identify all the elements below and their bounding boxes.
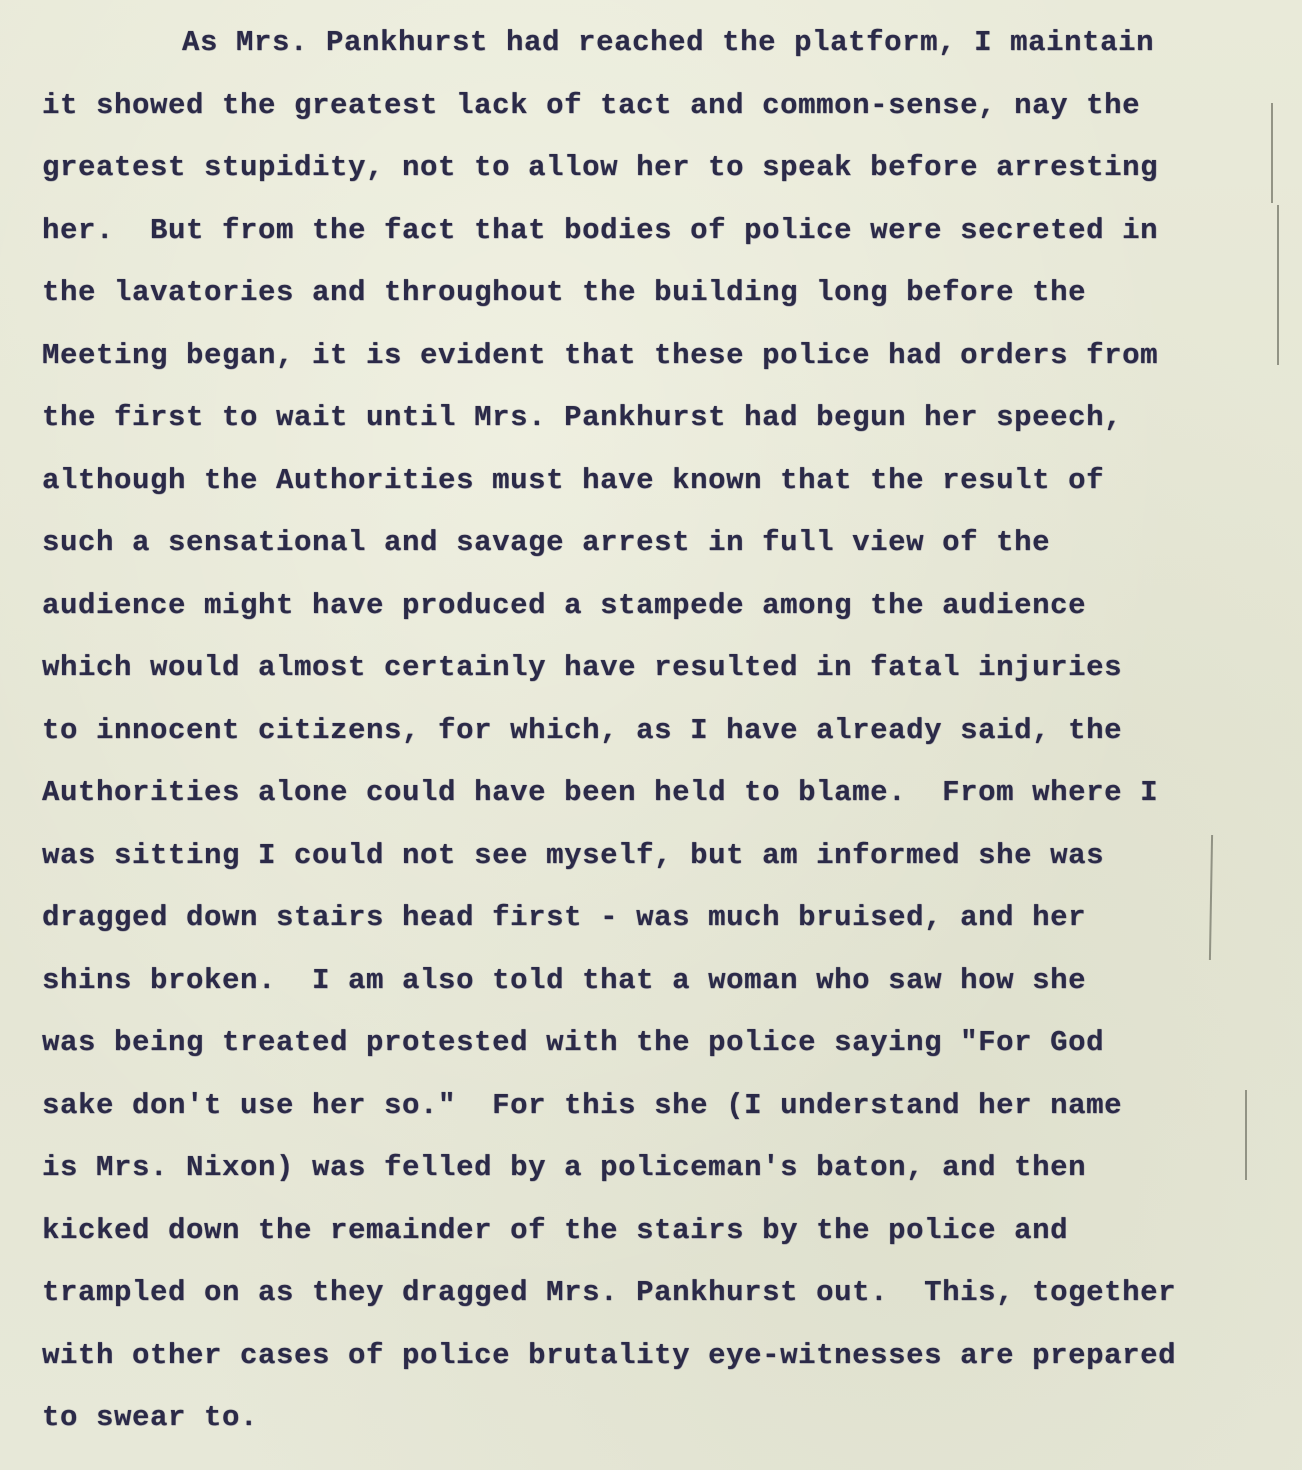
text-line-17: was being treated protested with the pol… bbox=[42, 1018, 1282, 1081]
margin-pencil-mark-4 bbox=[1245, 1090, 1247, 1180]
text-line-7: the first to wait until Mrs. Pankhurst h… bbox=[42, 393, 1282, 456]
text-line-16: shins broken. I am also told that a woma… bbox=[42, 956, 1282, 1019]
text-line-6: Meeting began, it is evident that these … bbox=[42, 331, 1282, 394]
text-line-15: dragged down stairs head first - was muc… bbox=[42, 893, 1282, 956]
document-page: As Mrs. Pankhurst had reached the platfo… bbox=[0, 0, 1302, 1470]
text-line-18: sake don't use her so." For this she (I … bbox=[42, 1081, 1282, 1144]
text-line-19: is Mrs. Nixon) was felled by a policeman… bbox=[42, 1143, 1282, 1206]
text-line-11: which would almost certainly have result… bbox=[42, 643, 1282, 706]
text-line-21: trampled on as they dragged Mrs. Pankhur… bbox=[42, 1268, 1282, 1331]
text-line-14: was sitting I could not see myself, but … bbox=[42, 831, 1282, 894]
text-line-20: kicked down the remainder of the stairs … bbox=[42, 1206, 1282, 1269]
text-line-13: Authorities alone could have been held t… bbox=[42, 768, 1282, 831]
text-line-8: although the Authorities must have known… bbox=[42, 456, 1282, 519]
margin-pencil-mark-2 bbox=[1277, 205, 1279, 365]
text-line-22: with other cases of police brutality eye… bbox=[42, 1331, 1282, 1394]
text-line-10: audience might have produced a stampede … bbox=[42, 581, 1282, 644]
text-line-2: it showed the greatest lack of tact and … bbox=[42, 81, 1282, 144]
text-line-4: her. But from the fact that bodies of po… bbox=[42, 206, 1282, 269]
text-line-3: greatest stupidity, not to allow her to … bbox=[42, 143, 1282, 206]
text-line-5: the lavatories and throughout the buildi… bbox=[42, 268, 1282, 331]
margin-pencil-mark-1 bbox=[1271, 103, 1273, 203]
text-line-9: such a sensational and savage arrest in … bbox=[42, 518, 1282, 581]
text-line-1: As Mrs. Pankhurst had reached the platfo… bbox=[42, 18, 1282, 81]
text-line-12: to innocent citizens, for which, as I ha… bbox=[42, 706, 1282, 769]
typed-paragraph: As Mrs. Pankhurst had reached the platfo… bbox=[42, 18, 1282, 1456]
text-line-23: to swear to. bbox=[42, 1393, 1282, 1456]
